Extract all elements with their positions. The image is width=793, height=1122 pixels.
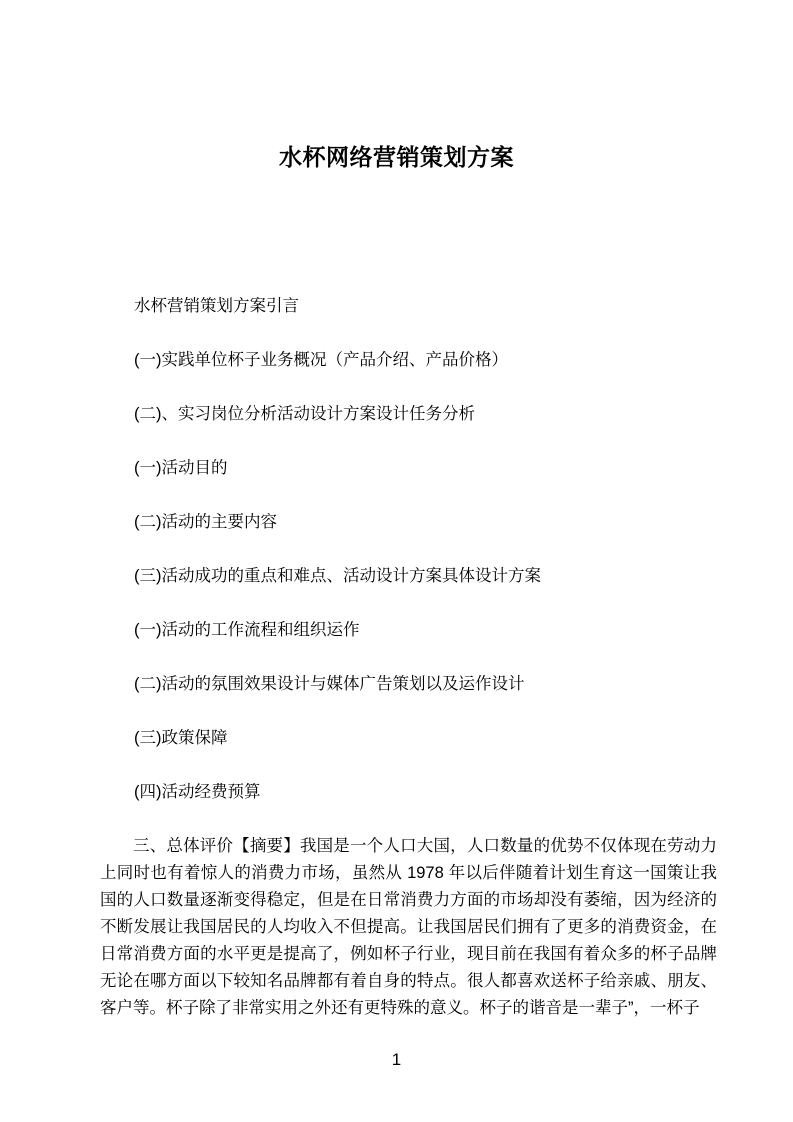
outline-item-unit-overview: (一)实践单位杯子业务概况（产品介绍、产品价格） xyxy=(100,347,717,374)
paragraph-line: 国的人口数量逐渐变得稳定，但是在日常消费力方面的市场却没有萎缩，因为经济的 xyxy=(100,887,717,914)
outline-item-intro: 水杯营销策划方案引言 xyxy=(100,293,717,320)
document-body: 水杯营销策划方案引言 (一)实践单位杯子业务概况（产品介绍、产品价格） (二)、… xyxy=(100,293,717,1022)
paragraph-line: 无论在哪方面以下较知名品牌都有着自身的特点。很人都喜欢送杯子给亲戚、朋友、 xyxy=(100,968,717,995)
outline-item-media-ads: (二)活动的氛围效果设计与媒体广告策划以及运作设计 xyxy=(100,671,717,698)
document-page: 水杯网络营销策划方案 水杯营销策划方案引言 (一)实践单位杯子业务概况（产品介绍… xyxy=(0,0,793,1122)
paragraph-line: 不断发展让我国居民的人均收入不但提高。让我国居民们拥有了更多的消费资金，在 xyxy=(100,914,717,941)
outline-item-purpose: (一)活动目的 xyxy=(100,455,717,482)
paragraph-line: 上同时也有着惊人的消费力市场，虽然从 1978 年以后伴随着计划生育这一国策让我 xyxy=(100,860,717,887)
page-number: 1 xyxy=(0,1050,793,1070)
outline-list: 水杯营销策划方案引言 (一)实践单位杯子业务概况（产品介绍、产品价格） (二)、… xyxy=(100,293,717,806)
outline-item-budget: (四)活动经费预算 xyxy=(100,779,717,806)
paragraph-line: 客户等。杯子除了非常实用之外还有更特殊的意义。杯子的谐音是一辈子”，一杯子 xyxy=(100,995,717,1022)
outline-item-workflow: (一)活动的工作流程和组织运作 xyxy=(100,617,717,644)
outline-item-policy: (三)政策保障 xyxy=(100,725,717,752)
summary-paragraph: 三、总体评价【摘要】我国是一个人口大国，人口数量的优势不仅体现在劳动力 上同时也… xyxy=(100,833,717,1022)
outline-item-post-analysis: (二)、实习岗位分析活动设计方案设计任务分析 xyxy=(100,401,717,428)
paragraph-line: 三、总体评价【摘要】我国是一个人口大国，人口数量的优势不仅体现在劳动力 xyxy=(100,833,717,860)
outline-item-key-points: (三)活动成功的重点和难点、活动设计方案具体设计方案 xyxy=(100,563,717,590)
paragraph-line: 日常消费方面的水平更是提高了，例如杯子行业，现目前在我国有着众多的杯子品牌 xyxy=(100,941,717,968)
document-title: 水杯网络营销策划方案 xyxy=(0,0,793,173)
outline-item-main-content: (二)活动的主要内容 xyxy=(100,509,717,536)
